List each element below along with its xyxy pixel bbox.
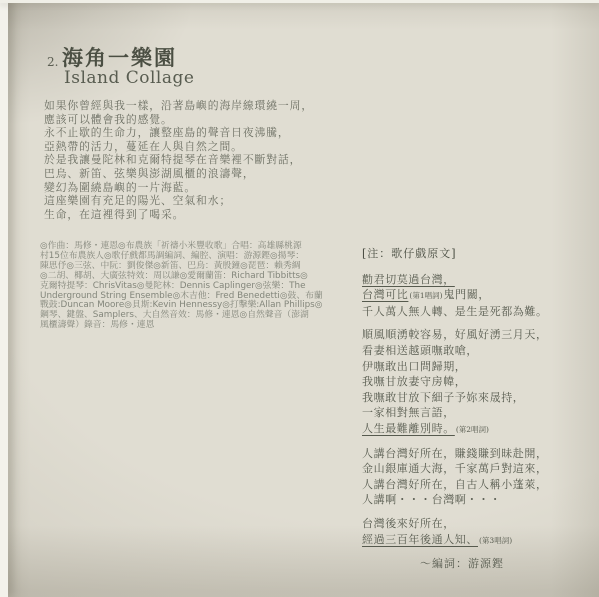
lyric-line: 台灣可比(第1唱詞)鬼門關， xyxy=(362,287,548,304)
lyric-text: 伊嘸敢出口問歸期， xyxy=(362,360,466,373)
lyric-text: 一家相對無言語， xyxy=(362,406,455,419)
poem-line: 亞熱帶的活力，蔓延在人與自然之間。 xyxy=(44,140,313,154)
lyric-stanza: 勸君切莫過台灣，台灣可比(第1唱詞)鬼門關，千人萬人無人轉、是生是死都為難。 xyxy=(362,272,548,320)
lyric-text: 台灣後來好所在， xyxy=(362,517,455,530)
poem-line: 這座樂園有充足的陽光、空氣和水； xyxy=(44,194,313,208)
scan-edge-top xyxy=(0,0,599,3)
inline-note: (第3唱詞) xyxy=(478,536,513,545)
booklet-page: 2. 海角一樂園 Island Collage 如果你曾經與我一樣，沿著島嶼的海… xyxy=(0,0,599,597)
underlined-text: 勸君切莫過台灣， xyxy=(362,273,455,286)
lyric-line: 一家相對無言語， xyxy=(362,405,548,421)
lyric-text: 順風順湧較容易，好風好湧三月天， xyxy=(362,328,548,341)
lyric-text: 看妻相送越頭嘸敢嗆， xyxy=(362,344,478,357)
lyric-text: 我嘸敢甘放下細子予妳來晟持， xyxy=(362,391,524,404)
poem-line: 如果你曾經與我一樣，沿著島嶼的海岸線環繞一周， xyxy=(44,99,313,113)
underlined-text: 人生最難離別時。 xyxy=(362,422,455,435)
lyric-line: 千人萬人無人轉、是生是死都為難。 xyxy=(362,304,548,320)
lyric-line: 順風順湧較容易，好風好湧三月天， xyxy=(362,327,548,343)
lyric-line: 看妻相送越頭嘸敢嗆， xyxy=(362,343,548,359)
lyric-text: 人講啊・・・台灣啊・・・ xyxy=(362,493,501,506)
lyric-line: 我嘸甘放妻守房幃， xyxy=(362,374,548,390)
underlined-text: 台灣可比 xyxy=(362,288,408,301)
lyric-line: 人講台灣好所在，自古人稱小蓬萊， xyxy=(362,477,548,493)
scan-edge-left xyxy=(0,0,8,597)
poem-line: 生命，在這裡得到了喝采。 xyxy=(44,208,313,222)
lyric-line: 金山銀庫通大海，千家萬戶對這來， xyxy=(362,461,548,477)
poem-line: 於是我讓曼陀林和克爾特提琴在音樂裡不斷對話， xyxy=(44,153,313,167)
track-subtitle: Island Collage xyxy=(64,68,194,88)
lyric-stanzas: 勸君切莫過台灣，台灣可比(第1唱詞)鬼門關，千人萬人無人轉、是生是死都為難。順風… xyxy=(362,272,548,549)
lyric-text: 金山銀庫通大海，千家萬戶對這來， xyxy=(362,462,548,475)
track-number: 2. xyxy=(47,55,58,69)
lyric-line: 經過三百年後通人知、(第3唱詞) xyxy=(362,532,548,549)
lyric-text: 千人萬人無人轉、是生是死都為難。 xyxy=(362,305,548,318)
poem-line: 應該可以體會我的感覺。 xyxy=(44,113,313,127)
lyric-line: 人生最難離別時。(第2唱詞) xyxy=(362,421,548,438)
lyric-stanza: 順風順湧較容易，好風好湧三月天，看妻相送越頭嘸敢嗆，伊嘸敢出口問歸期，我嘸甘放妻… xyxy=(362,327,548,437)
lyric-attribution: ～編詞：游源鏗 xyxy=(362,556,548,572)
lyric-line: 勸君切莫過台灣， xyxy=(362,272,548,288)
lyric-note-header: [注：歌仔戲原文] xyxy=(362,246,548,262)
poem-line: 永不止歇的生命力，讓整座島的聲音日夜沸騰， xyxy=(44,126,313,140)
lyric-text: 人講台灣好所在，賺錢賺到昧赴開， xyxy=(362,447,548,460)
poem: 如果你曾經與我一樣，沿著島嶼的海岸線環繞一周，應該可以體會我的感覺。永不止歇的生… xyxy=(44,99,313,221)
poem-line: 巴烏、新笛、弦樂與澎湖風櫃的浪濤聲， xyxy=(44,167,313,181)
lyric-line: 人講啊・・・台灣啊・・・ xyxy=(362,492,548,508)
credits-line: 風櫃濤聲）錄音：馬修・連恩 xyxy=(40,321,323,331)
lyric-stanza: 台灣後來好所在，經過三百年後通人知、(第3唱詞) xyxy=(362,516,548,548)
lyric-note-column: [注：歌仔戲原文] 勸君切莫過台灣，台灣可比(第1唱詞)鬼門關，千人萬人無人轉、… xyxy=(362,246,548,572)
underlined-text: 經過三百年後通人知、 xyxy=(362,533,478,546)
lyric-stanza: 人講台灣好所在，賺錢賺到昧赴開，金山銀庫通大海，千家萬戶對這來，人講台灣好所在，… xyxy=(362,446,548,508)
credits: ◎作曲：馬修・連恩◎布農族「祈禱小米豐收歌」合唱：高雄縣桃源村15位布農族人◎歌… xyxy=(40,242,323,331)
lyric-text: 鬼門關， xyxy=(444,288,490,301)
lyric-line: 伊嘸敢出口問歸期， xyxy=(362,359,548,375)
lyric-text: 我嘸甘放妻守房幃， xyxy=(362,375,466,388)
inline-note: (第2唱詞) xyxy=(455,425,490,434)
inline-note: (第1唱詞) xyxy=(408,291,443,300)
lyric-text: 人講台灣好所在，自古人稱小蓬萊， xyxy=(362,478,548,491)
poem-line: 變幻為圍繞島嶼的一片海藍。 xyxy=(44,181,313,195)
lyric-line: 人講台灣好所在，賺錢賺到昧赴開， xyxy=(362,446,548,462)
lyric-line: 我嘸敢甘放下細子予妳來晟持， xyxy=(362,390,548,406)
lyric-line: 台灣後來好所在， xyxy=(362,516,548,532)
